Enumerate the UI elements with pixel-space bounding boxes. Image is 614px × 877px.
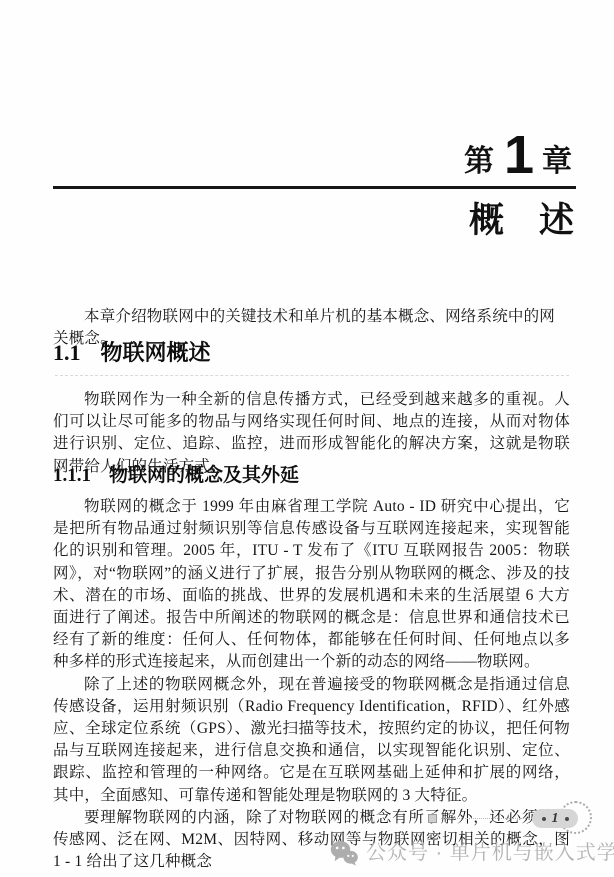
chapter-divider-rule xyxy=(53,186,576,189)
book-page: 第1章 概 述 本章介绍物联网中的关键技术和单片机的基本概念、网络系统中的网关概… xyxy=(0,0,614,877)
subsection-title: 物联网的概念及其外延 xyxy=(109,465,299,486)
footer-dotted-line xyxy=(441,818,534,819)
page-footer-marker: 1 xyxy=(428,804,598,840)
page-number-right-dot xyxy=(565,817,569,821)
chapter-suffix: 章 xyxy=(542,145,574,178)
section-heading-1-1: 1.1物联网概述 xyxy=(53,338,211,368)
scan-artifact-line xyxy=(55,375,569,376)
subsection-number: 1.1.1 xyxy=(53,465,91,486)
watermark: 公众号 · 单片机与嵌入式学堂 xyxy=(330,840,614,866)
footer-square-ornament xyxy=(428,814,437,823)
page-number-left-dot xyxy=(542,817,546,821)
chapter-prefix: 第 xyxy=(464,145,496,178)
page-number-capsule: 1 xyxy=(532,809,578,828)
chapter-number: 第1章 xyxy=(53,126,574,191)
page-number: 1 xyxy=(552,812,559,826)
chapter-title: 概 述 xyxy=(53,199,574,243)
section-heading-1-1-1: 1.1.1物联网的概念及其外延 xyxy=(53,463,299,489)
section-title: 物联网概述 xyxy=(101,340,211,365)
section-number: 1.1 xyxy=(53,340,81,365)
watermark-text: 公众号 · 单片机与嵌入式学堂 xyxy=(366,840,614,866)
paragraph: 物联网的概念于 1999 年由麻省理工学院 Auto - ID 研究中心提出，它… xyxy=(53,496,570,674)
chapter-number-digit: 1 xyxy=(504,125,534,185)
paragraph: 除了上述的物联网概念外，现在普遍接受的物联网概念是指通过信息传感设备，运用射频识… xyxy=(53,674,570,807)
wechat-icon xyxy=(330,840,358,866)
